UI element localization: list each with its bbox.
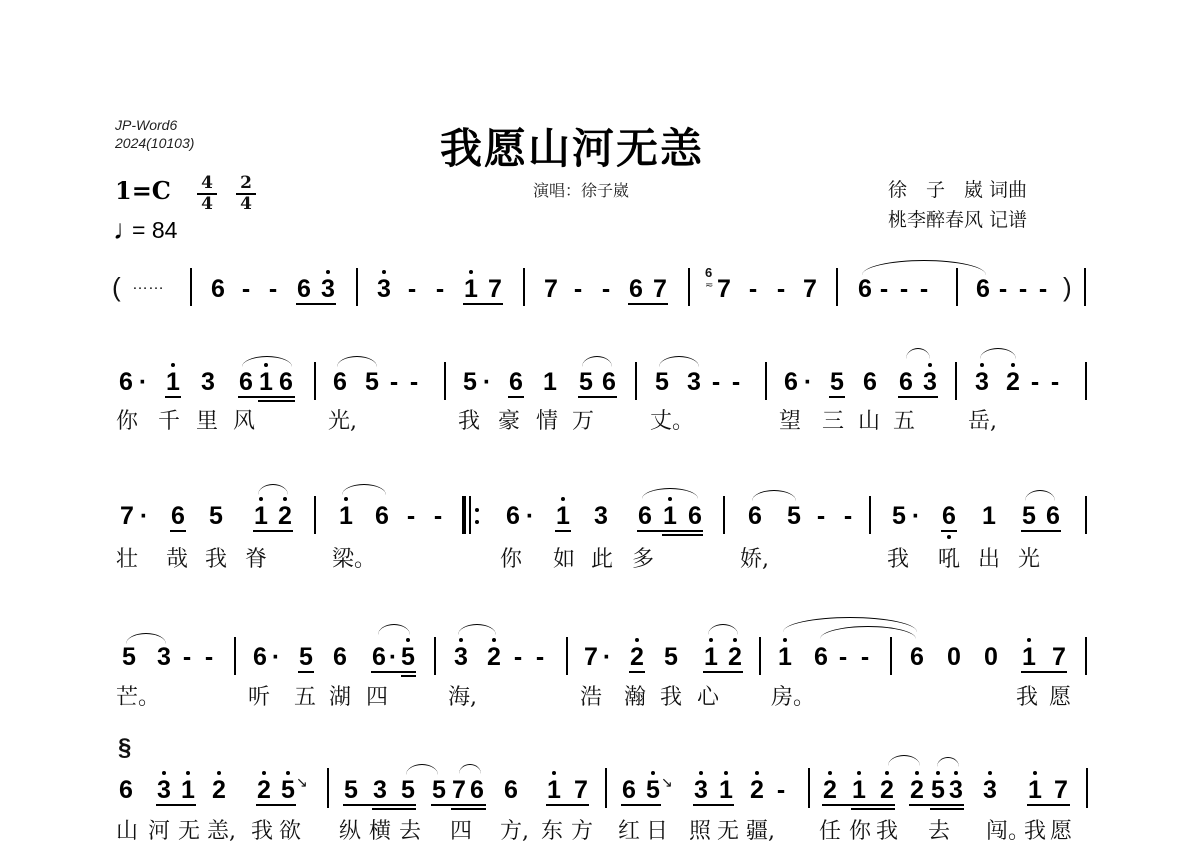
- slur: [458, 624, 496, 635]
- note: 6: [170, 504, 186, 529]
- note: 7: [652, 277, 668, 302]
- note: 2: [629, 645, 645, 670]
- lyric: 我: [251, 820, 273, 844]
- note: 5: [786, 504, 802, 529]
- key-signature: 1=C: [115, 176, 171, 205]
- lyric: 你: [500, 548, 522, 572]
- segno-icon: §: [118, 736, 131, 760]
- grace-slash: ≂: [705, 280, 713, 291]
- dash: -: [745, 277, 761, 302]
- note: 2: [277, 504, 293, 529]
- note: 5: [930, 778, 946, 803]
- barline: [523, 268, 525, 306]
- lyric: 东: [541, 820, 563, 844]
- close-paren: ): [1063, 272, 1072, 303]
- underline: [1021, 671, 1067, 673]
- lyric: 光: [1018, 548, 1040, 572]
- dash: -: [916, 277, 932, 302]
- slur: [378, 624, 410, 635]
- lyric: 岳,: [968, 410, 997, 434]
- octave-dot: [724, 771, 728, 775]
- aug-dot: ·: [385, 645, 401, 670]
- dash: -: [430, 504, 446, 529]
- lyric: 听: [248, 686, 270, 710]
- lyric: 照: [689, 820, 711, 844]
- octave-dot: [459, 638, 463, 642]
- note: 1: [1021, 645, 1037, 670]
- barline: [688, 268, 690, 306]
- lyric: 望: [779, 410, 801, 434]
- octave-dot: [857, 771, 861, 775]
- dash: -: [432, 277, 448, 302]
- lyric: 如: [553, 548, 575, 572]
- barline: [190, 268, 192, 306]
- lyric: 我: [887, 548, 909, 572]
- underline: [463, 303, 503, 305]
- underline: [909, 804, 964, 806]
- note: 7: [119, 504, 135, 529]
- lyric: 方: [571, 820, 593, 844]
- note: 5: [298, 645, 314, 670]
- slur: [342, 484, 386, 495]
- underline: [822, 804, 895, 806]
- underline: [621, 804, 661, 806]
- underline: [546, 804, 589, 806]
- underline: [258, 400, 295, 402]
- dash: -: [570, 277, 586, 302]
- note: 1: [1027, 778, 1043, 803]
- barline: [765, 362, 767, 400]
- barline: [1084, 268, 1086, 306]
- barline: [314, 496, 316, 534]
- lyric: 我: [458, 410, 480, 434]
- lyric: 愿: [1049, 686, 1071, 710]
- dash: -: [598, 277, 614, 302]
- note: 5: [462, 370, 478, 395]
- note: 5: [400, 645, 416, 670]
- lyric: 光,: [328, 410, 357, 434]
- note: 6: [1045, 504, 1061, 529]
- barline: [890, 637, 892, 675]
- octave-dot: [755, 771, 759, 775]
- note: 3: [948, 778, 964, 803]
- lyric: 愿: [1050, 820, 1072, 844]
- note: 1: [546, 778, 562, 803]
- lyric: 山: [116, 820, 138, 844]
- note: 1: [851, 778, 867, 803]
- lyric: 横: [369, 820, 391, 844]
- slur: [888, 755, 920, 766]
- lyric: 欲: [279, 820, 301, 844]
- dash: -: [1047, 370, 1063, 395]
- octave-dot: [162, 771, 166, 775]
- dash: -: [840, 504, 856, 529]
- note: 6: [238, 370, 254, 395]
- note: 1: [338, 504, 354, 529]
- barline: [1085, 637, 1087, 675]
- lyric: 去: [928, 820, 950, 844]
- lyric: 无: [717, 820, 739, 844]
- octave-dot: [635, 638, 639, 642]
- lyric: 你: [116, 410, 138, 434]
- slur: [708, 624, 738, 635]
- barline: [869, 496, 871, 534]
- barline: [759, 637, 761, 675]
- octave-dot: [344, 497, 348, 501]
- slur: [937, 757, 959, 767]
- lyric: 日: [646, 820, 668, 844]
- note: 6: [278, 370, 294, 395]
- barline: [566, 637, 568, 675]
- note: 1: [718, 778, 734, 803]
- lyric: 万: [572, 410, 594, 434]
- note: 6: [975, 277, 991, 302]
- note: 6: [296, 277, 312, 302]
- underline: [662, 534, 703, 536]
- note: 6: [862, 370, 878, 395]
- note: 3: [200, 370, 216, 395]
- aug-dot: ·: [908, 504, 924, 529]
- dash: -: [1015, 277, 1031, 302]
- octave-dot: [1027, 638, 1031, 642]
- octave-dot: [954, 771, 958, 775]
- octave-dot: [561, 497, 565, 501]
- octave-dot: [988, 771, 992, 775]
- note: 7: [1051, 645, 1067, 670]
- note: 5: [829, 370, 845, 395]
- lyric: 娇,: [740, 548, 769, 572]
- slur: [752, 490, 796, 501]
- aug-dot: ·: [522, 504, 538, 529]
- octave-dot: [980, 363, 984, 367]
- note: 1: [981, 504, 997, 529]
- underline: [898, 396, 938, 398]
- underline: [371, 671, 416, 673]
- note: 7: [487, 277, 503, 302]
- octave-dot: [262, 771, 266, 775]
- note: 6: [210, 277, 226, 302]
- lyric: 五: [893, 410, 915, 434]
- dash: -: [1027, 370, 1043, 395]
- lyric: 我: [876, 820, 898, 844]
- octave-dot: [492, 638, 496, 642]
- note: 5: [208, 504, 224, 529]
- note: 6: [909, 645, 925, 670]
- note: 5: [280, 778, 296, 803]
- underline: [637, 530, 703, 532]
- glide-arrow-icon: ↘: [296, 774, 308, 791]
- lyric: 房。: [771, 686, 815, 710]
- note: 6: [637, 504, 653, 529]
- low-octave-dot: [947, 535, 951, 539]
- note: 6: [747, 504, 763, 529]
- lyric: 丈。: [650, 410, 694, 434]
- barline: [234, 637, 236, 675]
- note: 2: [822, 778, 838, 803]
- lyric: 红: [618, 820, 640, 844]
- lyric: 湖: [329, 686, 351, 710]
- lyric: 我: [1016, 686, 1038, 710]
- note: 6: [374, 504, 390, 529]
- octave-dot: [259, 497, 263, 501]
- transcriber-credit: 桃李醉春风 记谱: [888, 205, 1027, 232]
- note: 6: [118, 370, 134, 395]
- note: 3: [156, 645, 172, 670]
- dash: -: [773, 277, 789, 302]
- barline: [605, 768, 607, 808]
- note: 6: [505, 504, 521, 529]
- note: 6: [252, 645, 268, 670]
- barline: [434, 637, 436, 675]
- note: 6: [332, 645, 348, 670]
- underline: [256, 804, 296, 806]
- composer-credit: 徐 子 崴 词曲: [888, 175, 1027, 202]
- lyric: 此: [591, 548, 613, 572]
- note: 1: [258, 370, 274, 395]
- note: 6: [601, 370, 617, 395]
- note: 5: [400, 778, 416, 803]
- note: 6: [508, 370, 524, 395]
- slur: [406, 764, 438, 775]
- note: 5: [654, 370, 670, 395]
- note: 2: [909, 778, 925, 803]
- note: 6: [857, 277, 873, 302]
- note: 6: [628, 277, 644, 302]
- lyric: 芒。: [116, 686, 160, 710]
- barline: [1085, 362, 1087, 400]
- octave-dot: [651, 771, 655, 775]
- aug-dot: ·: [135, 370, 151, 395]
- note: 1: [777, 645, 793, 670]
- octave-dot: [171, 363, 175, 367]
- note: 7: [716, 277, 732, 302]
- barline: [723, 496, 725, 534]
- lyric: 去: [399, 820, 421, 844]
- note: 7: [573, 778, 589, 803]
- repeat-dot: [475, 508, 479, 512]
- lyric: 里: [196, 410, 218, 434]
- note: 5: [364, 370, 380, 395]
- lyric: 疆,: [746, 820, 775, 844]
- lyric: 河: [148, 820, 170, 844]
- note: 5: [663, 645, 679, 670]
- rest: 0: [983, 645, 999, 670]
- repeat-thin-bar: [469, 496, 471, 534]
- barline: [314, 362, 316, 400]
- underline: [343, 804, 416, 806]
- underline: [941, 530, 957, 532]
- note: 5: [1021, 504, 1037, 529]
- octave-dot: [406, 638, 410, 642]
- dash: -: [238, 277, 254, 302]
- octave-dot: [1033, 771, 1037, 775]
- tempo-marking: = 84: [132, 217, 177, 244]
- underline: [238, 396, 295, 398]
- octave-dot: [283, 497, 287, 501]
- underline: [1021, 530, 1061, 532]
- dash: -: [403, 504, 419, 529]
- barline: [808, 768, 810, 808]
- lyric: 纵: [339, 820, 361, 844]
- octave-dot: [668, 497, 672, 501]
- dash: -: [773, 778, 789, 803]
- note: 5: [121, 645, 137, 670]
- note: 3: [686, 370, 702, 395]
- lyric: 出: [978, 548, 1000, 572]
- lyric: 你: [849, 820, 871, 844]
- note: 1: [463, 277, 479, 302]
- octave-dot: [936, 771, 940, 775]
- note: 3: [593, 504, 609, 529]
- lyric: 哉: [166, 548, 188, 572]
- octave-dot: [783, 638, 787, 642]
- lyric: 风: [233, 410, 255, 434]
- slur: [659, 356, 699, 367]
- octave-dot: [709, 638, 713, 642]
- octave-dot: [264, 363, 268, 367]
- note: 2: [879, 778, 895, 803]
- note: 3: [982, 778, 998, 803]
- repeat-dot: [475, 520, 479, 524]
- underline: [296, 303, 336, 305]
- slur: [258, 484, 288, 495]
- aug-dot: ·: [800, 370, 816, 395]
- aug-dot: ·: [268, 645, 284, 670]
- note: 2: [211, 778, 227, 803]
- dash: -: [179, 645, 195, 670]
- octave-dot: [286, 771, 290, 775]
- underline: [628, 303, 668, 305]
- note: 6: [687, 504, 703, 529]
- underline: [508, 396, 524, 398]
- dash: -: [896, 277, 912, 302]
- barline: [327, 768, 329, 808]
- lyric: 吼: [938, 548, 960, 572]
- octave-dot: [382, 270, 386, 274]
- glide-arrow-icon: ↘: [661, 774, 673, 791]
- underline: [829, 396, 845, 398]
- barline: [444, 362, 446, 400]
- barline: [956, 268, 958, 306]
- song-title: 我愿山河无恙: [440, 116, 704, 176]
- note: 1: [662, 504, 678, 529]
- rest: 0: [946, 645, 962, 670]
- open-paren: (: [112, 272, 121, 303]
- octave-dot: [217, 771, 221, 775]
- octave-dot: [885, 771, 889, 775]
- note: 3: [320, 277, 336, 302]
- underline: [703, 671, 743, 673]
- barline: [955, 362, 957, 400]
- lyric: 千: [158, 410, 180, 434]
- octave-dot: [699, 771, 703, 775]
- lyric: 梁。: [332, 548, 376, 572]
- note: 3: [156, 778, 172, 803]
- note: 5: [578, 370, 594, 395]
- underline: [431, 804, 486, 806]
- lyric: 浩: [580, 686, 602, 710]
- dash: -: [404, 277, 420, 302]
- note: 3: [693, 778, 709, 803]
- octave-dot: [186, 771, 190, 775]
- octave-dot: [915, 771, 919, 775]
- note: 6: [813, 645, 829, 670]
- note: 2: [486, 645, 502, 670]
- note: 7: [1053, 778, 1069, 803]
- barline: [356, 268, 358, 306]
- dash: -: [386, 370, 402, 395]
- underline: [578, 396, 617, 398]
- lyric: 五: [294, 686, 316, 710]
- slur: [1025, 490, 1055, 501]
- lyric: 山: [858, 410, 880, 434]
- note: 5: [891, 504, 907, 529]
- note: 2: [1005, 370, 1021, 395]
- slur: [906, 348, 930, 359]
- note: 1: [180, 778, 196, 803]
- software-label: JP-Word6: [115, 117, 177, 134]
- note: 1: [703, 645, 719, 670]
- dash: -: [201, 645, 217, 670]
- time-signature-2-4: 24: [236, 175, 256, 213]
- lyric: 恙,: [207, 820, 236, 844]
- note: 6: [503, 778, 519, 803]
- slur: [459, 764, 481, 774]
- note: 5: [431, 778, 447, 803]
- note: 1: [542, 370, 558, 395]
- note: 3: [922, 370, 938, 395]
- underline: [930, 808, 964, 810]
- dash: -: [995, 277, 1011, 302]
- aug-dot: ·: [136, 504, 152, 529]
- note: 3: [376, 277, 392, 302]
- underline: [372, 808, 416, 810]
- note: 1: [165, 370, 181, 395]
- lyric: 多: [632, 548, 654, 572]
- lyric: 壮: [116, 548, 138, 572]
- time-signature-4-4: 44: [197, 175, 217, 213]
- dash: -: [532, 645, 548, 670]
- lyric: 四: [450, 820, 472, 844]
- note: 7: [451, 778, 467, 803]
- lyric: 豪: [498, 410, 520, 434]
- repeat-thick-bar: [462, 496, 466, 534]
- underline: [851, 808, 895, 810]
- barline: [635, 362, 637, 400]
- lyric: 三: [822, 410, 844, 434]
- barline: [1085, 496, 1087, 534]
- note: 3: [453, 645, 469, 670]
- lyric: 脊: [245, 548, 267, 572]
- ellipsis: ……: [132, 276, 164, 294]
- lyric: 我: [660, 686, 682, 710]
- dash: -: [813, 504, 829, 529]
- dash: -: [510, 645, 526, 670]
- octave-dot: [928, 363, 932, 367]
- aug-dot: ·: [599, 645, 615, 670]
- barline: [1086, 768, 1088, 808]
- underline: [555, 530, 571, 532]
- underline: [629, 671, 645, 673]
- note: 6: [941, 504, 957, 529]
- lyric: 瀚: [624, 686, 646, 710]
- note: 5: [343, 778, 359, 803]
- note: 2: [749, 778, 765, 803]
- underline: [1027, 804, 1070, 806]
- dash: -: [708, 370, 724, 395]
- note: 1: [555, 504, 571, 529]
- tie: [862, 260, 986, 275]
